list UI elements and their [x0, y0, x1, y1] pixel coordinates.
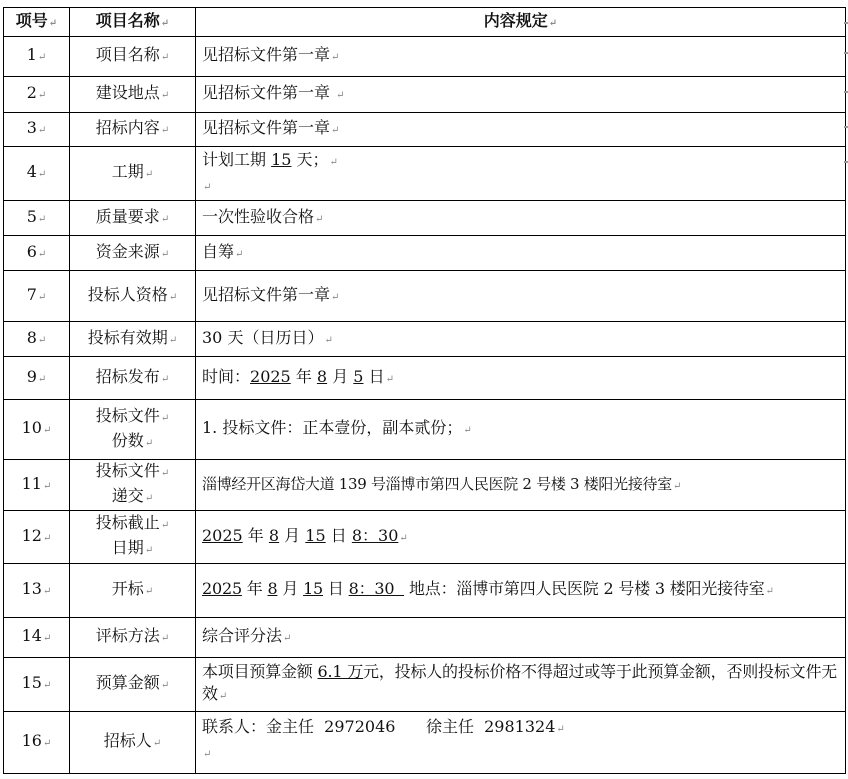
table-row: 7↵ 投标人资格↵ 见招标文件第一章↵	[4, 271, 846, 322]
paragraph-mark-icon: ↵	[463, 425, 471, 436]
opening-day: 15	[303, 579, 323, 598]
publish-month: 8	[317, 367, 327, 386]
row-content: 见招标文件第一章↵	[196, 271, 846, 322]
paragraph-mark-icon: ↵	[766, 586, 774, 597]
deadline-month: 8	[269, 526, 279, 545]
table-row: 4↵ 工期↵ 计划工期 15 天；↵ ↵	[4, 147, 846, 201]
row-end-mark	[844, 52, 848, 54]
paragraph-mark-icon: ↵	[38, 335, 46, 346]
paragraph-mark-icon: ↵	[556, 724, 564, 735]
table-header-row: 项号↵ 项目名称↵ 内容规定↵	[4, 8, 846, 37]
paragraph-mark-icon: ↵	[153, 738, 161, 749]
paragraph-mark-icon: ↵	[145, 438, 153, 449]
table-row: 14↵ 评标方法↵ 综合评分法↵	[4, 618, 846, 658]
paragraph-mark-icon: ↵	[161, 249, 169, 260]
header-item-no: 项号↵	[4, 8, 70, 37]
paragraph-mark-icon: ↵	[43, 738, 51, 749]
table-row: 2↵ 建设地点↵ 见招标文件第一章 ↵	[4, 77, 846, 113]
paragraph-mark-icon: ↵	[161, 680, 169, 691]
paragraph-mark-icon: ↵	[203, 749, 211, 760]
table-row: 9↵ 招标发布↵ 时间：2025 年 8 月 5 日↵	[4, 357, 846, 400]
paragraph-mark-icon: ↵	[145, 545, 153, 556]
row-end-mark	[844, 161, 848, 163]
row-item-name: 质量要求↵	[70, 201, 196, 236]
paragraph-mark-icon: ↵	[49, 18, 57, 29]
paragraph-mark-icon: ↵	[43, 481, 51, 492]
row-item-name: 开标↵	[70, 564, 196, 618]
table-row: 12↵ 投标截止↵ 日期↵ 2025 年 8 月 15 日 8：30↵	[4, 511, 846, 564]
paragraph-mark-icon: ↵	[161, 468, 169, 479]
row-item-name: 投标文件↵ 递交↵	[70, 460, 196, 511]
table-row: 3↵ 招标内容↵ 见招标文件第一章↵	[4, 113, 846, 147]
paragraph-mark-icon: ↵	[43, 586, 51, 597]
row-item-name: 工期↵	[70, 147, 196, 201]
row-content: 2025 年 8 月 15 日 8：30 地点：淄博市第四人民医院 2 号楼 3…	[196, 564, 846, 618]
paragraph-mark-icon: ↵	[331, 125, 339, 136]
publish-year: 2025	[250, 367, 291, 386]
row-number: 11↵	[4, 460, 70, 511]
table-row: 11↵ 投标文件↵ 递交↵ 淄博经开区海岱大道 139 号淄博市第四人民医院 2…	[4, 460, 846, 511]
paragraph-mark-icon: ↵	[283, 633, 291, 644]
row-number: 5↵	[4, 201, 70, 236]
bid-info-table: 项号↵ 项目名称↵ 内容规定↵ 1↵ 项目名称↵ 见招标文件第一章↵ 2↵ 建设…	[3, 7, 846, 774]
paragraph-mark-icon: ↵	[203, 182, 211, 193]
paragraph-mark-icon: ↵	[161, 125, 169, 136]
row-content: 计划工期 15 天；↵ ↵	[196, 147, 846, 201]
row-item-name: 建设地点↵	[70, 77, 196, 113]
row-content: 本项目预算金额 6.1 万元，投标人的投标价格不得超过或等于此预算金额，否则投标…	[196, 658, 846, 712]
header-item-label: 项目名称	[96, 11, 160, 30]
row-content: 2025 年 8 月 15 日 8：30↵	[196, 511, 846, 564]
row-content: 1. 投标文件：正本壹份，副本贰份；↵	[196, 400, 846, 460]
row-number: 14↵	[4, 618, 70, 658]
paragraph-mark-icon: ↵	[673, 481, 681, 492]
table-row: 10↵ 投标文件↵ 份数↵ 1. 投标文件：正本壹份，副本贰份；↵	[4, 400, 846, 460]
table-row: 5↵ 质量要求↵ 一次性验收合格↵	[4, 201, 846, 236]
row-item-name: 投标截止↵ 日期↵	[70, 511, 196, 564]
paragraph-mark-icon: ↵	[219, 691, 227, 702]
paragraph-mark-icon: ↵	[38, 292, 46, 303]
row-number: 2↵	[4, 77, 70, 113]
paragraph-mark-icon: ↵	[386, 374, 394, 385]
row-item-name: 招标内容↵	[70, 113, 196, 147]
paragraph-mark-icon: ↵	[336, 90, 344, 101]
paragraph-mark-icon: ↵	[38, 249, 46, 260]
duration-value: 15	[271, 150, 291, 169]
row-content: 见招标文件第一章 ↵	[196, 77, 846, 113]
paragraph-mark-icon: ↵	[161, 52, 169, 63]
row-item-name: 预算金额↵	[70, 658, 196, 712]
paragraph-mark-icon: ↵	[43, 633, 51, 644]
paragraph-mark-icon: ↵	[399, 533, 407, 544]
opening-time: 8：30	[349, 579, 405, 598]
paragraph-mark-icon: ↵	[38, 90, 46, 101]
row-item-name: 项目名称↵	[70, 37, 196, 77]
paragraph-mark-icon: ↵	[38, 125, 46, 136]
paragraph-mark-icon: ↵	[38, 374, 46, 385]
paragraph-mark-icon: ↵	[43, 425, 51, 436]
opening-month: 8	[268, 579, 278, 598]
paragraph-mark-icon: ↵	[161, 520, 169, 531]
paragraph-mark-icon: ↵	[169, 292, 177, 303]
header-content: 内容规定↵	[196, 8, 846, 37]
row-number: 10↵	[4, 400, 70, 460]
deadline-year: 2025	[202, 526, 243, 545]
row-item-name: 招标发布↵	[70, 357, 196, 400]
row-end-mark	[844, 22, 848, 24]
row-item-name: 投标有效期↵	[70, 322, 196, 357]
header-content-label: 内容规定	[484, 11, 548, 30]
paragraph-mark-icon: ↵	[145, 586, 153, 597]
paragraph-mark-icon: ↵	[324, 335, 332, 346]
paragraph-mark-icon: ↵	[38, 169, 46, 180]
paragraph-mark-icon: ↵	[161, 633, 169, 644]
paragraph-mark-icon: ↵	[161, 214, 169, 225]
paragraph-mark-icon: ↵	[161, 18, 169, 29]
row-content: 综合评分法↵	[196, 618, 846, 658]
table-row: 15↵ 预算金额↵ 本项目预算金额 6.1 万元，投标人的投标价格不得超过或等于…	[4, 658, 846, 712]
paragraph-mark-icon: ↵	[43, 680, 51, 691]
paragraph-mark-icon: ↵	[315, 214, 323, 225]
row-number: 8↵	[4, 322, 70, 357]
opening-year: 2025	[202, 579, 242, 598]
row-item-name: 评标方法↵	[70, 618, 196, 658]
table-row: 8↵ 投标有效期↵ 30 天（日历日）↵	[4, 322, 846, 357]
table-row: 13↵ 开标↵ 2025 年 8 月 15 日 8：30 地点：淄博市第四人民医…	[4, 564, 846, 618]
paragraph-mark-icon: ↵	[331, 292, 339, 303]
row-content: 见招标文件第一章↵	[196, 113, 846, 147]
paragraph-mark-icon: ↵	[169, 335, 177, 346]
paragraph-mark-icon: ↵	[161, 90, 169, 101]
row-item-name: 招标人↵	[70, 712, 196, 774]
row-number: 4↵	[4, 147, 70, 201]
row-content: 时间：2025 年 8 月 5 日↵	[196, 357, 846, 400]
row-number: 7↵	[4, 271, 70, 322]
row-content: 淄博经开区海岱大道 139 号淄博市第四人民医院 2 号楼 3 楼阳光接待室↵	[196, 460, 846, 511]
row-content: 联系人：金主任 2972046 徐主任 2981324↵ ↵	[196, 712, 846, 774]
budget-amount: 6.1 万	[318, 662, 364, 681]
row-number: 3↵	[4, 113, 70, 147]
paragraph-mark-icon: ↵	[549, 18, 557, 29]
paragraph-mark-icon: ↵	[43, 533, 51, 544]
opening-location: 地点：淄博市第四人民医院 2 号楼 3 楼阳光接待室	[404, 579, 764, 598]
contact-info: 联系人：金主任 2972046 徐主任 2981324	[202, 717, 555, 736]
deadline-time: 8：30	[352, 526, 399, 545]
table-row: 6↵ 资金来源↵ 自筹↵	[4, 236, 846, 271]
row-content: 30 天（日历日）↵	[196, 322, 846, 357]
paragraph-mark-icon: ↵	[161, 413, 169, 424]
paragraph-mark-icon: ↵	[145, 169, 153, 180]
row-number: 16↵	[4, 712, 70, 774]
deadline-day: 15	[305, 526, 325, 545]
row-number: 15↵	[4, 658, 70, 712]
publish-day: 5	[353, 367, 363, 386]
row-content: 一次性验收合格↵	[196, 201, 846, 236]
row-content: 自筹↵	[196, 236, 846, 271]
paragraph-mark-icon: ↵	[331, 52, 339, 63]
header-item-name: 项目名称↵	[70, 8, 196, 37]
paragraph-mark-icon: ↵	[161, 374, 169, 385]
row-number: 1↵	[4, 37, 70, 77]
row-item-name: 资金来源↵	[70, 236, 196, 271]
paragraph-mark-icon: ↵	[38, 214, 46, 225]
table-row: 1↵ 项目名称↵ 见招标文件第一章↵	[4, 37, 846, 77]
table-row: 16↵ 招标人↵ 联系人：金主任 2972046 徐主任 2981324↵ ↵	[4, 712, 846, 774]
row-number: 12↵	[4, 511, 70, 564]
paragraph-mark-icon: ↵	[235, 249, 243, 260]
paragraph-mark-icon: ↵	[145, 493, 153, 504]
row-number: 6↵	[4, 236, 70, 271]
header-no-label: 项号	[16, 11, 48, 30]
row-item-name: 投标人资格↵	[70, 271, 196, 322]
row-item-name: 投标文件↵ 份数↵	[70, 400, 196, 460]
row-end-mark	[844, 91, 848, 93]
paragraph-mark-icon: ↵	[330, 157, 338, 168]
paragraph-mark-icon: ↵	[38, 52, 46, 63]
row-number: 13↵	[4, 564, 70, 618]
row-number: 9↵	[4, 357, 70, 400]
row-content: 见招标文件第一章↵	[196, 37, 846, 77]
row-end-mark	[844, 126, 848, 128]
